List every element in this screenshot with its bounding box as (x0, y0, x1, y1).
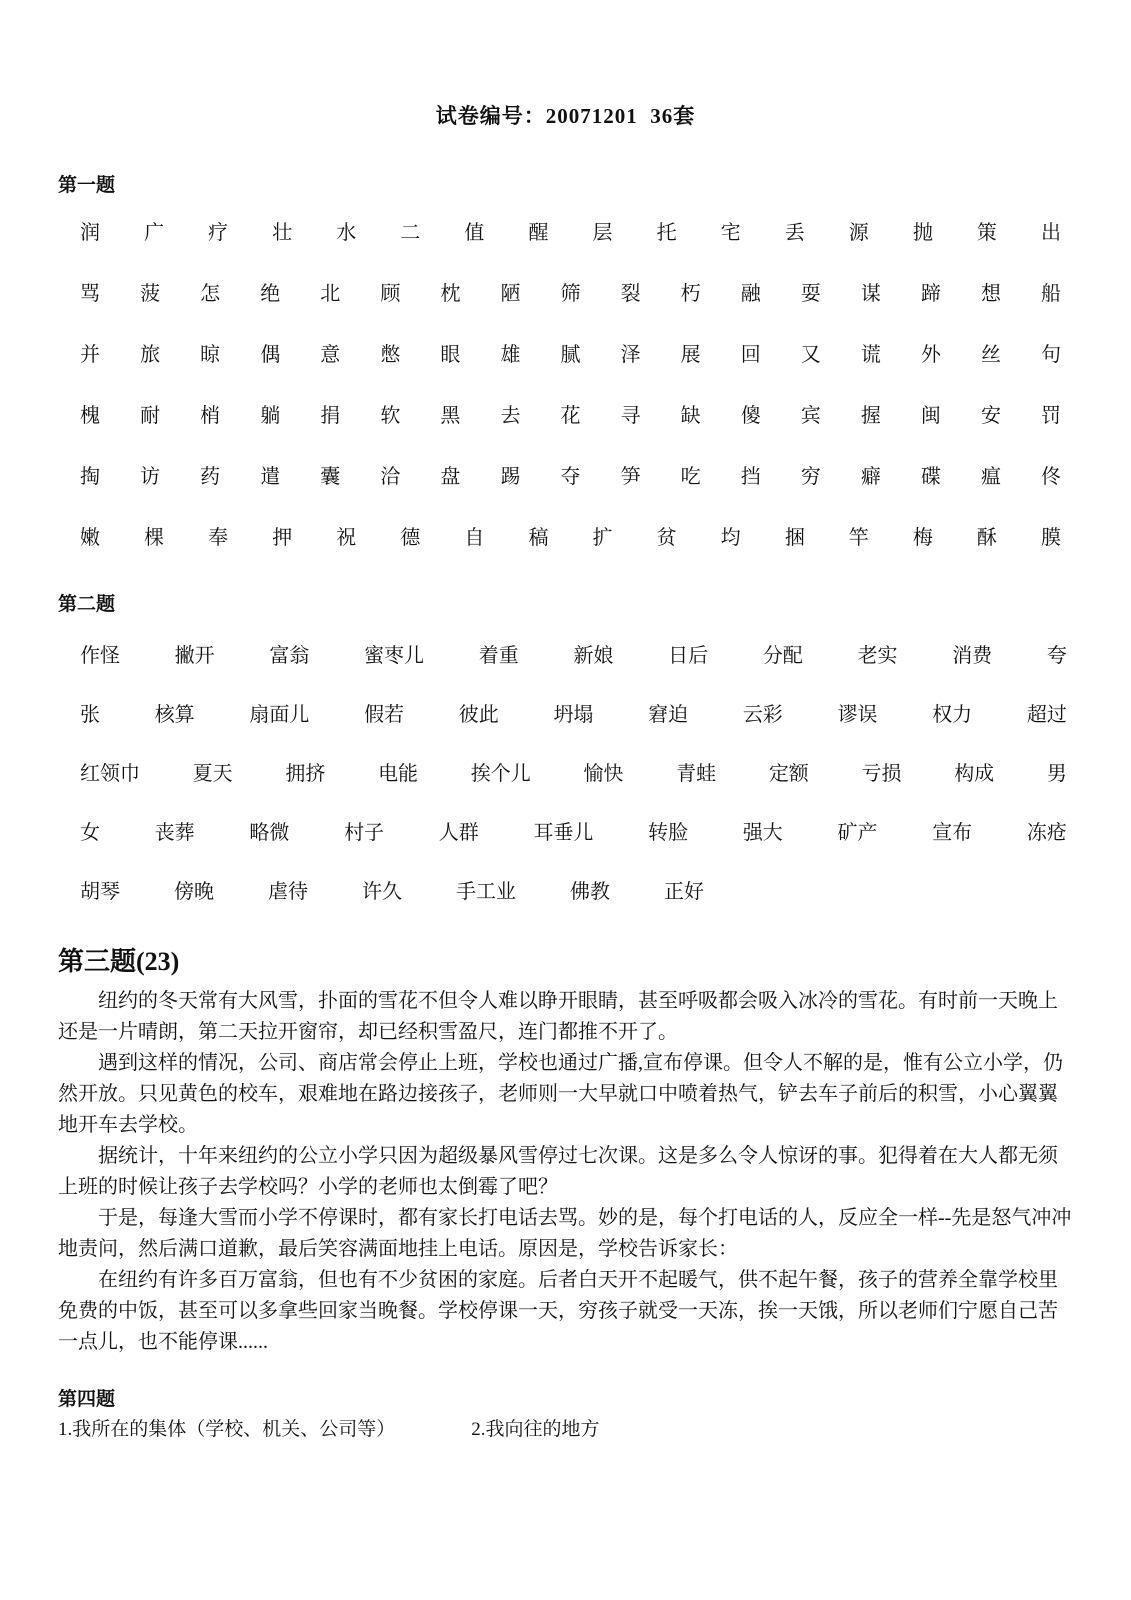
character: 竿 (849, 528, 869, 548)
character: 缺 (681, 406, 701, 426)
character: 润 (80, 223, 100, 243)
word-row-4: 女丧葬略微村子人群耳垂儿转脸强大矿产宣布冻疮 (80, 823, 1067, 843)
section3-heading: 第三题(23) (58, 941, 1073, 978)
character: 自 (464, 528, 484, 548)
word: 傍晚 (174, 882, 214, 902)
character: 扩 (593, 528, 613, 548)
character: 囊 (320, 467, 340, 487)
word: 窘迫 (648, 705, 688, 725)
character: 意 (320, 345, 340, 365)
char-row-1: 润广疗壮水二值醒层托宅丢源抛策出 (80, 223, 1061, 243)
character: 耐 (140, 406, 160, 426)
word: 许久 (362, 882, 402, 902)
word: 冻疮 (1027, 823, 1067, 843)
passage-paragraph-3: 据统计，十年来纽约的公立小学只因为超级暴风雪停过七次课。这是多么令人惊讶的事。犯… (58, 1141, 1073, 1203)
word: 坍塌 (553, 705, 593, 725)
char-row-4: 槐耐梢躺捐软黑去花寻缺傻宾握闽安罚 (80, 406, 1061, 426)
section3-passage: 纽约的冬天常有大风雪，扑面的雪花不但令人难以睁开眼睛，甚至呼吸都会吸入冰冷的雪花… (58, 986, 1073, 1358)
word: 青蛙 (676, 764, 716, 784)
character: 绝 (260, 284, 280, 304)
word: 分配 (763, 646, 803, 666)
section1-char-grid: 润广疗壮水二值醒层托宅丢源抛策出 骂菠怎绝北顾枕陋筛裂朽融耍谋蹄想船 并旅晾偶意… (58, 223, 1073, 548)
character: 瘟 (981, 467, 1001, 487)
section4-topics: 1.我所在的集体（学校、机关、公司等） 2.我向往的地方 (58, 1415, 1073, 1445)
character: 句 (1041, 345, 1061, 365)
word: 着重 (479, 646, 519, 666)
character: 疗 (208, 223, 228, 243)
character: 雄 (500, 345, 520, 365)
character: 层 (593, 223, 613, 243)
word: 超过 (1027, 705, 1067, 725)
character: 稿 (528, 528, 548, 548)
section-1: 第一题 润广疗壮水二值醒层托宅丢源抛策出 骂菠怎绝北顾枕陋筛裂朽融耍谋蹄想船 并… (58, 170, 1073, 548)
section2-word-grid: 作怪撇开富翁蜜枣儿着重新娘日后分配老实消费夸 张核算扇面儿假若彼此坍塌窘迫云彩谬… (58, 646, 1073, 902)
character: 回 (741, 345, 761, 365)
character: 谎 (861, 345, 881, 365)
character: 酥 (977, 528, 997, 548)
character: 洽 (380, 467, 400, 487)
word-row-5: 胡琴傍晚虐待许久手工业佛教正好 (80, 882, 1067, 902)
word: 强大 (743, 823, 783, 843)
word: 彼此 (459, 705, 499, 725)
word: 宣布 (932, 823, 972, 843)
word: 核算 (155, 705, 195, 725)
character: 去 (500, 406, 520, 426)
character: 躺 (260, 406, 280, 426)
character: 展 (681, 345, 701, 365)
character: 二 (400, 223, 420, 243)
word: 老实 (858, 646, 898, 666)
character: 花 (561, 406, 581, 426)
word: 丧葬 (155, 823, 195, 843)
character: 出 (1041, 223, 1061, 243)
character: 黑 (440, 406, 460, 426)
character: 骂 (80, 284, 100, 304)
word: 构成 (954, 764, 994, 784)
word: 张 (80, 705, 100, 725)
character: 广 (144, 223, 164, 243)
character: 谋 (861, 284, 881, 304)
char-row-2: 骂菠怎绝北顾枕陋筛裂朽融耍谋蹄想船 (80, 284, 1061, 304)
passage-paragraph-1: 纽约的冬天常有大风雪，扑面的雪花不但令人难以睁开眼睛，甚至呼吸都会吸入冰冷的雪花… (58, 986, 1073, 1048)
char-row-3: 并旅晾偶意憋眼雄腻泽展回又谎外丝句 (80, 345, 1061, 365)
character: 憋 (380, 345, 400, 365)
section-4: 第四题 1.我所在的集体（学校、机关、公司等） 2.我向往的地方 (58, 1384, 1073, 1445)
word: 手工业 (456, 882, 516, 902)
character: 策 (977, 223, 997, 243)
character: 笋 (621, 467, 641, 487)
character: 碟 (921, 467, 941, 487)
word: 谬误 (838, 705, 878, 725)
character: 顾 (380, 284, 400, 304)
word: 云彩 (743, 705, 783, 725)
character: 又 (801, 345, 821, 365)
character: 药 (200, 467, 220, 487)
word: 男 (1047, 764, 1067, 784)
word: 蜜枣儿 (364, 646, 424, 666)
character: 融 (741, 284, 761, 304)
word-row-2: 张核算扇面儿假若彼此坍塌窘迫云彩谬误权力超过 (80, 705, 1067, 725)
word: 富翁 (269, 646, 309, 666)
word: 村子 (344, 823, 384, 843)
character: 押 (272, 528, 292, 548)
word: 略微 (249, 823, 289, 843)
word: 女 (80, 823, 100, 843)
word: 定额 (769, 764, 809, 784)
character: 枕 (440, 284, 460, 304)
word: 耳垂儿 (533, 823, 593, 843)
character: 贫 (657, 528, 677, 548)
character: 蹄 (921, 284, 941, 304)
character: 德 (400, 528, 420, 548)
exam-paper-page: 试卷编号：20071201 36套 第一题 润广疗壮水二值醒层托宅丢源抛策出 骂… (0, 0, 1131, 1600)
character: 船 (1041, 284, 1061, 304)
word: 夏天 (193, 764, 233, 784)
character: 水 (336, 223, 356, 243)
character: 陋 (500, 284, 520, 304)
character: 遣 (260, 467, 280, 487)
character: 并 (80, 345, 100, 365)
character: 嫩 (80, 528, 100, 548)
character: 泽 (621, 345, 641, 365)
character: 偶 (260, 345, 280, 365)
character: 怎 (200, 284, 220, 304)
character: 晾 (200, 345, 220, 365)
word: 新娘 (573, 646, 613, 666)
word: 矿产 (838, 823, 878, 843)
word: 挨个儿 (471, 764, 531, 784)
character: 安 (981, 406, 1001, 426)
word: 消费 (952, 646, 992, 666)
character: 梢 (200, 406, 220, 426)
character: 源 (849, 223, 869, 243)
word: 假若 (364, 705, 404, 725)
char-row-5: 掏访药遣囊洽盘踢夺笋吃挡穷癖碟瘟佟 (80, 467, 1061, 487)
doc-title: 试卷编号：20071201 36套 (58, 100, 1073, 130)
character: 祝 (336, 528, 356, 548)
character: 奉 (208, 528, 228, 548)
character: 夺 (561, 467, 581, 487)
word: 佛教 (570, 882, 610, 902)
character: 均 (721, 528, 741, 548)
word: 人群 (439, 823, 479, 843)
character: 眼 (440, 345, 460, 365)
word: 愉快 (583, 764, 623, 784)
character: 寻 (621, 406, 641, 426)
word: 拥挤 (285, 764, 325, 784)
character: 丝 (981, 345, 1001, 365)
section2-heading: 第二题 (58, 589, 1073, 616)
character: 棵 (144, 528, 164, 548)
character: 踢 (500, 467, 520, 487)
character: 穷 (801, 467, 821, 487)
word: 亏损 (862, 764, 902, 784)
section1-heading: 第一题 (58, 170, 1073, 197)
character: 掏 (80, 467, 100, 487)
passage-paragraph-4: 于是，每逢大雪而小学不停课时，都有家长打电话去骂。妙的是，每个打电话的人，反应全… (58, 1203, 1073, 1265)
character: 筛 (561, 284, 581, 304)
word: 撇开 (175, 646, 215, 666)
character: 挡 (741, 467, 761, 487)
character: 闽 (921, 406, 941, 426)
character: 癖 (861, 467, 881, 487)
word: 虐待 (268, 882, 308, 902)
word: 权力 (932, 705, 972, 725)
character: 壮 (272, 223, 292, 243)
character: 宾 (801, 406, 821, 426)
word-row-1: 作怪撇开富翁蜜枣儿着重新娘日后分配老实消费夸 (80, 646, 1067, 666)
character: 捆 (785, 528, 805, 548)
section4-heading: 第四题 (58, 1384, 1073, 1411)
character: 朽 (681, 284, 701, 304)
character: 抛 (913, 223, 933, 243)
character: 值 (464, 223, 484, 243)
character: 菠 (140, 284, 160, 304)
character: 盘 (440, 467, 460, 487)
word: 扇面儿 (249, 705, 309, 725)
character: 外 (921, 345, 941, 365)
character: 北 (320, 284, 340, 304)
passage-paragraph-5: 在纽约有许多百万富翁，但也有不少贫困的家庭。后者白天开不起暖气，供不起午餐，孩子… (58, 1265, 1073, 1358)
character: 裂 (621, 284, 641, 304)
character: 吃 (681, 467, 701, 487)
character: 耍 (801, 284, 821, 304)
character: 傻 (741, 406, 761, 426)
character: 腻 (561, 345, 581, 365)
character: 想 (981, 284, 1001, 304)
word: 作怪 (80, 646, 120, 666)
character: 罚 (1041, 406, 1061, 426)
word: 日后 (668, 646, 708, 666)
character: 捐 (320, 406, 340, 426)
character: 膜 (1041, 528, 1061, 548)
word: 红领巾 (80, 764, 140, 784)
character: 醒 (528, 223, 548, 243)
word: 夸 (1047, 646, 1067, 666)
character: 梅 (913, 528, 933, 548)
character: 宅 (721, 223, 741, 243)
character: 丢 (785, 223, 805, 243)
section-2: 第二题 作怪撇开富翁蜜枣儿着重新娘日后分配老实消费夸 张核算扇面儿假若彼此坍塌窘… (58, 589, 1073, 902)
topic-option-2: 2.我向往的地方 (471, 1415, 599, 1445)
character: 槐 (80, 406, 100, 426)
character: 软 (380, 406, 400, 426)
word-row-3: 红领巾夏天拥挤电能挨个儿愉快青蛙定额亏损构成男 (80, 764, 1067, 784)
character: 握 (861, 406, 881, 426)
passage-paragraph-2: 遇到这样的情况，公司、商店常会停止上班，学校也通过广播,宣布停课。但令人不解的是… (58, 1048, 1073, 1141)
character: 佟 (1041, 467, 1061, 487)
word: 胡琴 (80, 882, 120, 902)
word: 电能 (378, 764, 418, 784)
character: 访 (140, 467, 160, 487)
section-3: 第三题(23) 纽约的冬天常有大风雪，扑面的雪花不但令人难以睁开眼睛，甚至呼吸都… (58, 941, 1073, 1358)
word: 正好 (664, 882, 704, 902)
topic-option-1: 1.我所在的集体（学校、机关、公司等） (58, 1415, 395, 1445)
word: 转脸 (648, 823, 688, 843)
character: 托 (657, 223, 677, 243)
char-row-6: 嫩棵奉押祝德自稿扩贫均捆竿梅酥膜 (80, 528, 1061, 548)
character: 旅 (140, 345, 160, 365)
